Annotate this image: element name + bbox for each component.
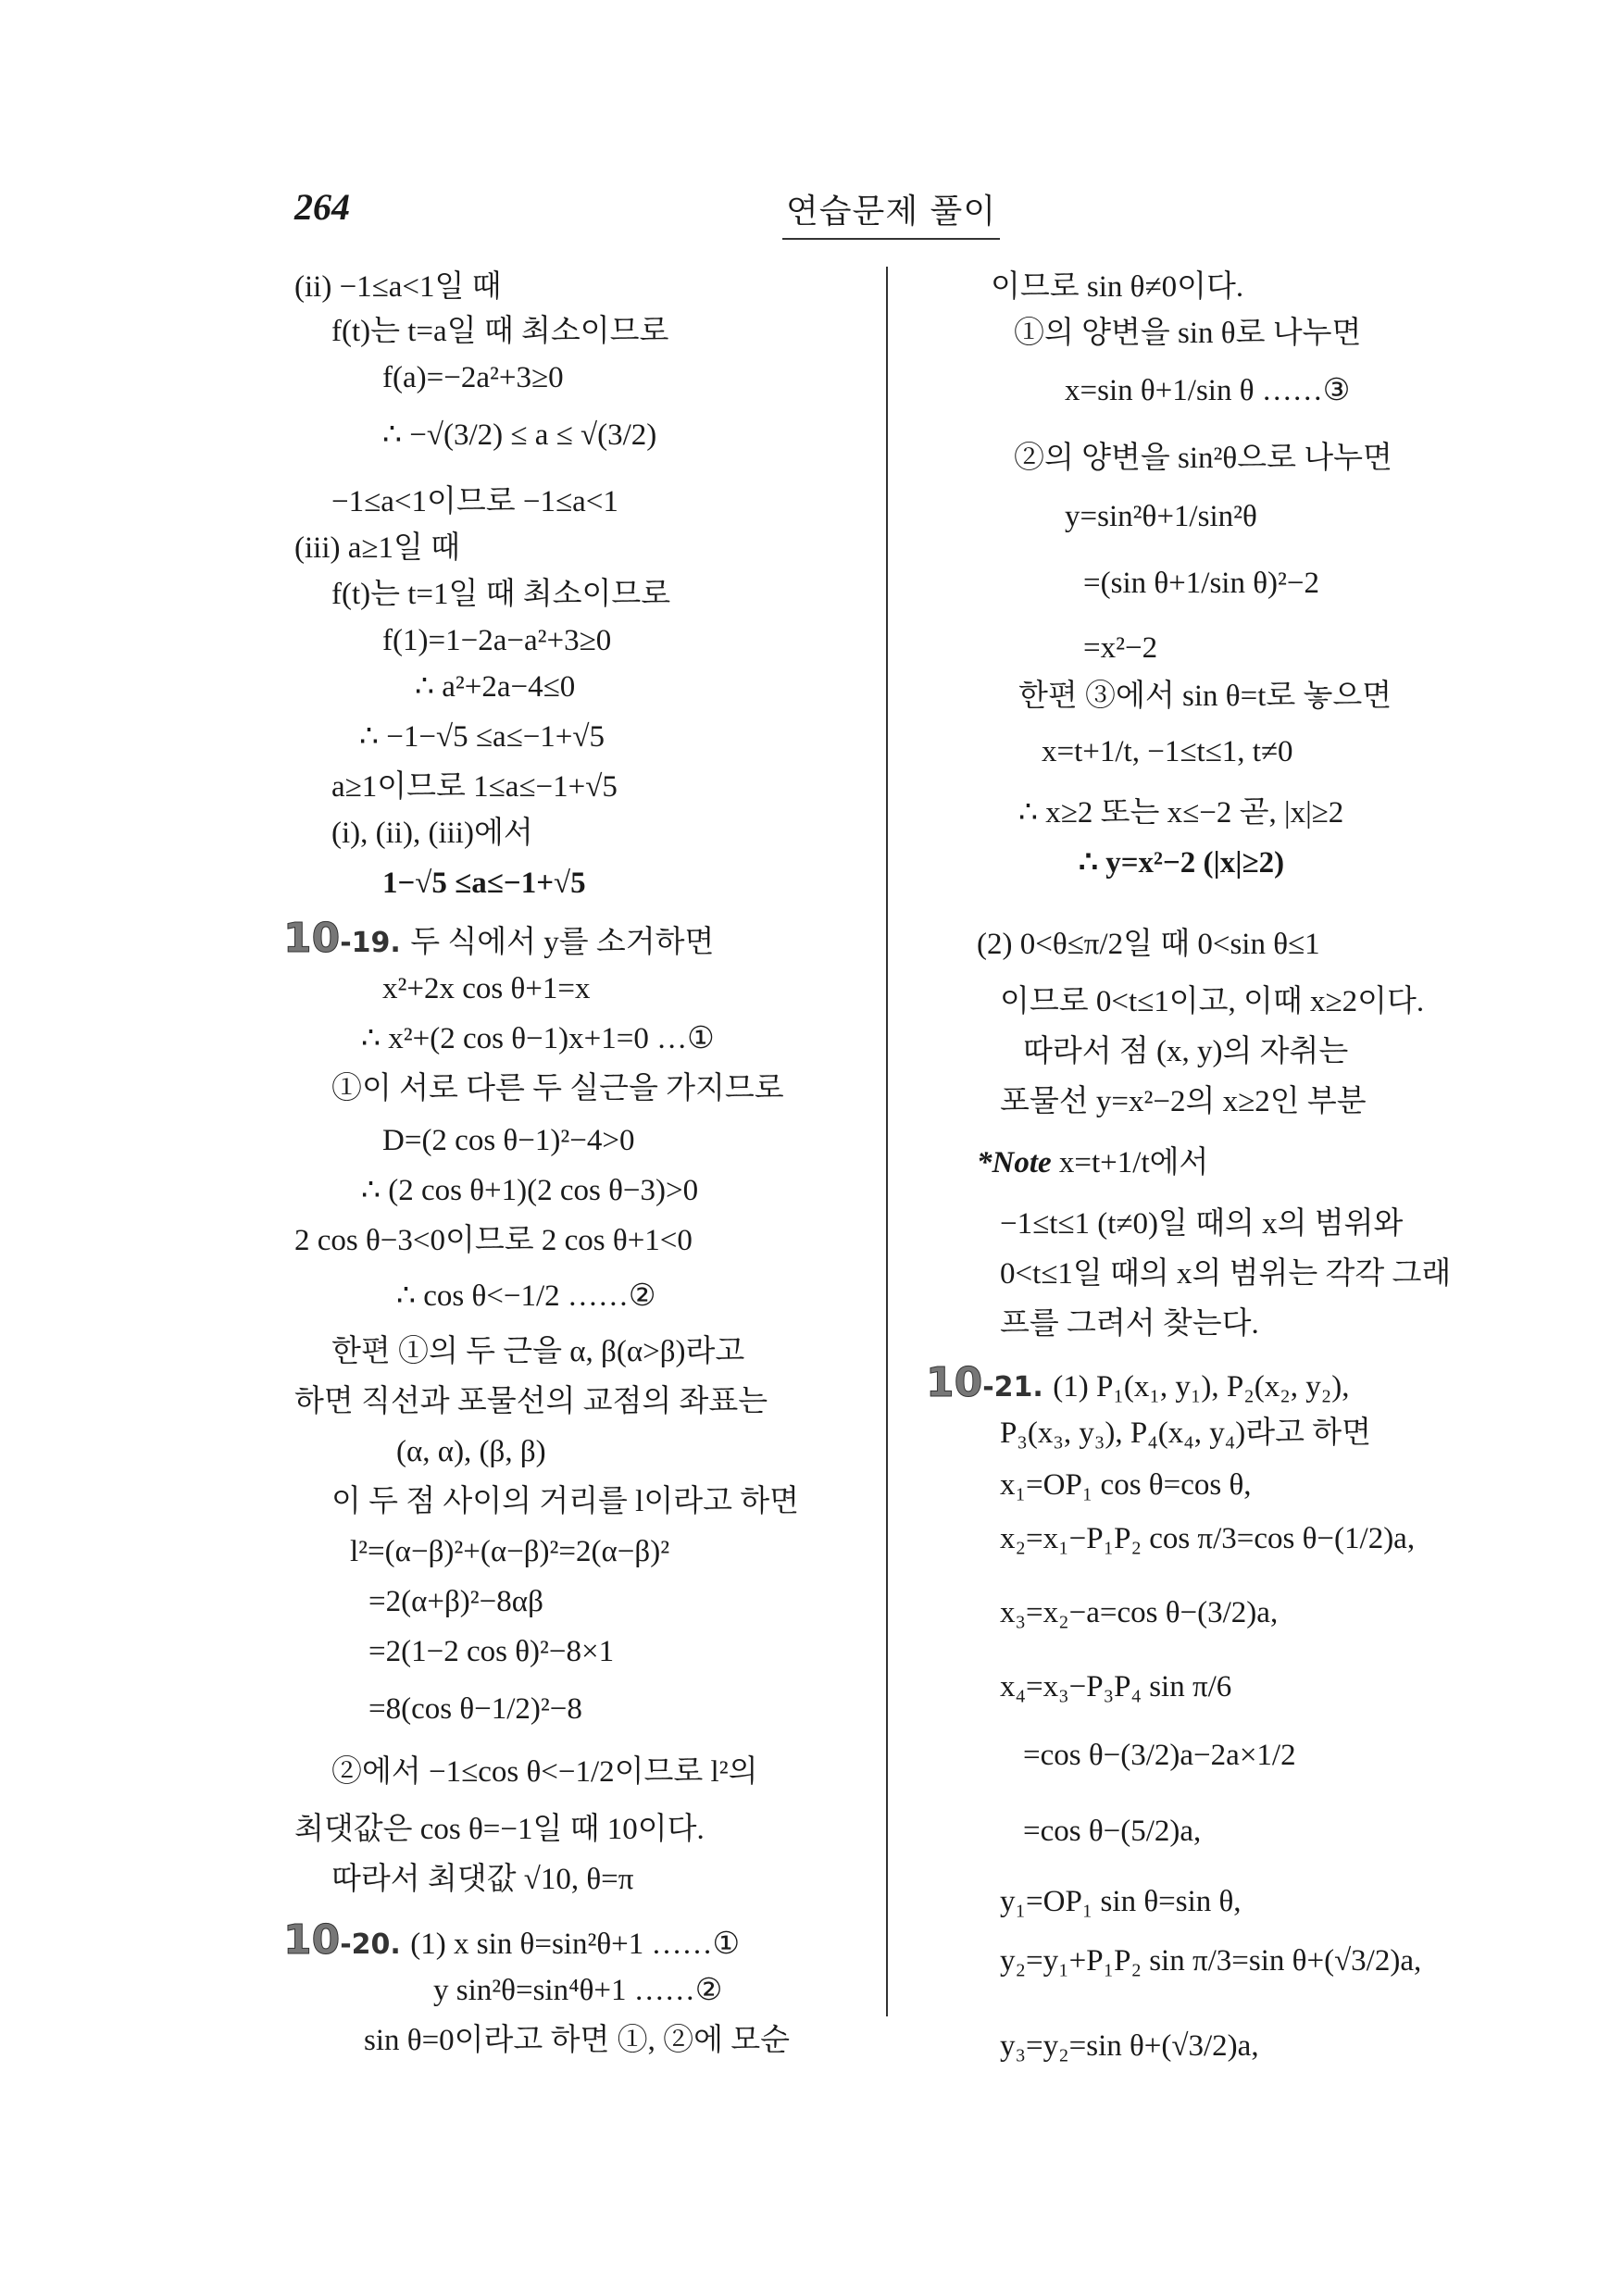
solution-line: (α, α), (β, β) (396, 1433, 546, 1470)
line-text: 따라서 점 (x, y)의 자취는 (1023, 1035, 1348, 1068)
line-text: (α, α), (β, β) (396, 1435, 546, 1468)
line-text: f(1)=1−2a−a²+3≥0 (382, 624, 611, 657)
line-text: ②의 양변을 sin²θ으로 나누면 (1014, 442, 1392, 475)
solution-line: 한편 ①의 두 근을 α, β(α>β)라고 (331, 1333, 744, 1370)
solution-line: 포물선 y=x²−2의 x≥2인 부분 (1000, 1083, 1367, 1120)
solution-line: D=(2 cos θ−1)²−4>0 (382, 1122, 634, 1159)
line-text: 프를 그려서 찾는다. (1000, 1307, 1259, 1341)
line-text: −1≤a<1이므로 −1≤a<1 (331, 485, 618, 518)
line-text: 하면 직선과 포물선의 교점의 좌표는 (294, 1385, 768, 1418)
line-text: a≥1이므로 1≤a≤−1+√5 (331, 770, 618, 804)
line-text: f(t)는 t=1일 때 최소이므로 (331, 578, 670, 611)
solution-line: ∴ x²+(2 cos θ−1)x+1=0 …① (361, 1020, 715, 1057)
line-text: (1) x sin θ=sin²θ+1 ……① (410, 1928, 740, 1961)
solution-line: ①의 양변을 sin θ로 나누면 (1014, 315, 1361, 352)
line-text: ∴ x²+(2 cos θ−1)x+1=0 …① (361, 1022, 715, 1055)
line-text: x₁=OP₁ cos θ=cos θ, (1000, 1468, 1252, 1502)
solution-line: 이 두 점 사이의 거리를 l이라고 하면 (331, 1483, 799, 1520)
solution-line: x₄=x₃−P₃P₄ sin π/6 (1000, 1668, 1231, 1705)
solution-line: a≥1이므로 1≤a≤−1+√5 (331, 768, 618, 805)
problem-heading-line: 10-19. 두 식에서 y를 소거하면 (283, 920, 714, 962)
line-text: 0<t≤1일 때의 x의 범위는 각각 그래 (1000, 1257, 1451, 1291)
line-text: y₃=y₂=sin θ+(√3/2)a, (1000, 2029, 1259, 2063)
solution-line: sin θ=0이라고 하면 ①, ②에 모순 (364, 2022, 790, 2059)
solution-line: 1−√5 ≤a≤−1+√5 (382, 865, 586, 902)
line-text: 이므로 0<t≤1이고, 이때 x≥2이다. (1000, 985, 1424, 1018)
solution-line: 하면 직선과 포물선의 교점의 좌표는 (294, 1383, 768, 1420)
line-text: 최댓값은 cos θ=−1일 때 10이다. (294, 1813, 705, 1846)
solution-line: ∴ a²+2a−4≤0 (415, 668, 575, 705)
running-title: 연습문제 풀이 (782, 185, 1000, 240)
solution-line: ∴ (2 cos θ+1)(2 cos θ−3)>0 (361, 1172, 698, 1209)
solution-line: (i), (ii), (iii)에서 (331, 815, 533, 852)
solution-line: y sin²θ=sin⁴θ+1 ……② (433, 1972, 722, 2009)
line-text: 따라서 최댓값 √10, θ=π (331, 1863, 633, 1896)
line-text: y=sin²θ+1/sin²θ (1065, 500, 1257, 533)
solution-line: y₁=OP₁ sin θ=sin θ, (1000, 1883, 1242, 1920)
line-text: f(t)는 t=a일 때 최소이므로 (331, 315, 668, 348)
solution-line: f(1)=1−2a−a²+3≥0 (382, 622, 611, 659)
line-text: x=sin θ+1/sin θ ……③ (1065, 374, 1350, 407)
line-text: (1) P₁(x₁, y₁), P₂(x₂, y₂), (1053, 1370, 1349, 1404)
line-text: 한편 ①의 두 근을 α, β(α>β)라고 (331, 1335, 744, 1368)
line-text: sin θ=0이라고 하면 ①, ②에 모순 (364, 2024, 790, 2057)
line-text: ∴ −√(3/2) ≤ a ≤ √(3/2) (382, 418, 656, 452)
solution-line: 이므로 0<t≤1이고, 이때 x≥2이다. (1000, 983, 1424, 1020)
problem-heading-line: 10-20. (1) x sin θ=sin²θ+1 ……① (283, 1922, 740, 1964)
solution-line: =cos θ−(3/2)a−2a×1/2 (1023, 1737, 1296, 1774)
line-text: −1≤t≤1 (t≠0)일 때의 x의 범위와 (1000, 1207, 1403, 1241)
line-text: P₃(x₃, y₃), P₄(x₄, y₄)라고 하면 (1000, 1416, 1371, 1450)
solution-line: ∴ cos θ<−1/2 ……② (396, 1278, 656, 1315)
line-text: 1−√5 ≤a≤−1+√5 (382, 867, 586, 900)
line-text: l²=(α−β)²+(α−β)²=2(α−β)² (350, 1535, 669, 1568)
problem-number: 10-20. (283, 1925, 410, 1961)
solution-line: 이므로 sin θ≠0이다. (991, 268, 1243, 306)
problem-heading-line: 10-21. (1) P₁(x₁, y₁), P₂(x₂, y₂), (926, 1365, 1349, 1406)
solution-line: ②의 양변을 sin²θ으로 나누면 (1014, 440, 1392, 477)
line-text: ∴ (2 cos θ+1)(2 cos θ−3)>0 (361, 1174, 698, 1207)
line-text: ②에서 −1≤cos θ<−1/2이므로 l²의 (331, 1755, 758, 1789)
line-text: (i), (ii), (iii)에서 (331, 817, 533, 850)
line-text: 두 식에서 y를 소거하면 (410, 926, 714, 959)
solution-line: (iii) a≥1일 때 (294, 530, 460, 567)
solution-line: f(t)는 t=a일 때 최소이므로 (331, 313, 668, 350)
solution-line: −1≤a<1이므로 −1≤a<1 (331, 483, 618, 520)
solution-line: (2) 0<θ≤π/2일 때 0<sin θ≤1 (977, 926, 1320, 963)
column-divider (886, 267, 888, 2016)
line-text: =x²−2 (1083, 631, 1157, 665)
line-text: ∴ y=x²−2 (|x|≥2) (1079, 846, 1284, 880)
line-text: y₂=y₁+P₁P₂ sin π/3=sin θ+(√3/2)a, (1000, 1944, 1421, 1978)
line-text: x=t+1/t에서 (1059, 1146, 1208, 1179)
line-text: ∴ a²+2a−4≤0 (415, 670, 575, 704)
line-text: ∴ −1−√5 ≤a≤−1+√5 (359, 720, 605, 754)
line-text: 2 cos θ−3<0이므로 2 cos θ+1<0 (294, 1224, 693, 1257)
problem-number: 10-21. (926, 1367, 1053, 1404)
solution-line: 한편 ③에서 sin θ=t로 놓으면 (1018, 678, 1392, 715)
note-line: *Note x=t+1/t에서 (977, 1144, 1208, 1181)
solution-line: x₃=x₂−a=cos θ−(3/2)a, (1000, 1594, 1278, 1631)
solution-line: 2 cos θ−3<0이므로 2 cos θ+1<0 (294, 1222, 693, 1259)
line-text: =cos θ−(5/2)a, (1023, 1815, 1201, 1848)
line-text: x₂=x₁−P₁P₂ cos π/3=cos θ−(1/2)a, (1000, 1522, 1415, 1555)
solution-line: f(a)=−2a²+3≥0 (382, 359, 564, 396)
solution-line: ∴ −√(3/2) ≤ a ≤ √(3/2) (382, 417, 656, 454)
solution-line: y=sin²θ+1/sin²θ (1065, 498, 1257, 535)
solution-line: =(sin θ+1/sin θ)²−2 (1083, 565, 1319, 602)
note-label: *Note (977, 1146, 1059, 1179)
solution-line: x²+2x cos θ+1=x (382, 970, 591, 1007)
solution-line: x=t+1/t, −1≤t≤1, t≠0 (1042, 733, 1293, 770)
line-text: 포물선 y=x²−2의 x≥2인 부분 (1000, 1085, 1367, 1118)
solution-line: ②에서 −1≤cos θ<−1/2이므로 l²의 (331, 1753, 758, 1791)
solution-line: =2(α+β)²−8αβ (368, 1583, 543, 1620)
solution-line: x₁=OP₁ cos θ=cos θ, (1000, 1466, 1252, 1504)
line-text: x²+2x cos θ+1=x (382, 972, 591, 1005)
solution-line: y₃=y₂=sin θ+(√3/2)a, (1000, 2028, 1259, 2065)
solution-line: ①이 서로 다른 두 실근을 가지므로 (331, 1070, 784, 1107)
line-text: (iii) a≥1일 때 (294, 531, 460, 565)
solution-line: ∴ −1−√5 ≤a≤−1+√5 (359, 718, 605, 755)
solution-line: 0<t≤1일 때의 x의 범위는 각각 그래 (1000, 1255, 1451, 1292)
line-text: 이므로 sin θ≠0이다. (991, 270, 1243, 304)
line-text: D=(2 cos θ−1)²−4>0 (382, 1124, 634, 1157)
solution-line: −1≤t≤1 (t≠0)일 때의 x의 범위와 (1000, 1205, 1403, 1242)
solution-line: 프를 그려서 찾는다. (1000, 1305, 1259, 1342)
line-text: =2(1−2 cos θ)²−8×1 (368, 1635, 614, 1668)
solution-line: =2(1−2 cos θ)²−8×1 (368, 1633, 614, 1670)
line-text: ①의 양변을 sin θ로 나누면 (1014, 317, 1361, 350)
problem-number: 10-19. (283, 923, 410, 959)
solution-line: =8(cos θ−1/2)²−8 (368, 1691, 582, 1728)
solution-line: 따라서 최댓값 √10, θ=π (331, 1861, 633, 1898)
line-text: x₃=x₂−a=cos θ−(3/2)a, (1000, 1596, 1278, 1629)
line-text: =(sin θ+1/sin θ)²−2 (1083, 567, 1319, 600)
solution-line: ∴ x≥2 또는 x≤−2 곧, |x|≥2 (1018, 794, 1343, 831)
line-text: y₁=OP₁ sin θ=sin θ, (1000, 1885, 1242, 1918)
solution-line: l²=(α−β)²+(α−β)²=2(α−β)² (350, 1533, 669, 1570)
line-text: x=t+1/t, −1≤t≤1, t≠0 (1042, 735, 1293, 768)
page-number: 264 (294, 185, 350, 229)
line-text: ∴ cos θ<−1/2 ……② (396, 1279, 656, 1313)
solution-line: P₃(x₃, y₃), P₄(x₄, y₄)라고 하면 (1000, 1415, 1371, 1452)
line-text: ∴ x≥2 또는 x≤−2 곧, |x|≥2 (1018, 796, 1343, 830)
line-text: x₄=x₃−P₃P₄ sin π/6 (1000, 1670, 1231, 1703)
solution-line: ∴ y=x²−2 (|x|≥2) (1079, 844, 1284, 881)
line-text: y sin²θ=sin⁴θ+1 ……② (433, 1974, 722, 2007)
solution-line: y₂=y₁+P₁P₂ sin π/3=sin θ+(√3/2)a, (1000, 1942, 1421, 1979)
solution-line: =x²−2 (1083, 630, 1157, 667)
line-text: =cos θ−(3/2)a−2a×1/2 (1023, 1739, 1296, 1772)
solution-line: (ii) −1≤a<1일 때 (294, 268, 502, 306)
solution-line: 최댓값은 cos θ=−1일 때 10이다. (294, 1811, 705, 1848)
line-text: f(a)=−2a²+3≥0 (382, 361, 564, 394)
solution-line: x=sin θ+1/sin θ ……③ (1065, 372, 1350, 409)
solution-line: 따라서 점 (x, y)의 자취는 (1023, 1033, 1348, 1070)
line-text: (ii) −1≤a<1일 때 (294, 270, 502, 304)
line-text: =2(α+β)²−8αβ (368, 1585, 543, 1618)
solution-line: x₂=x₁−P₁P₂ cos π/3=cos θ−(1/2)a, (1000, 1520, 1415, 1557)
line-text: (2) 0<θ≤π/2일 때 0<sin θ≤1 (977, 928, 1320, 961)
solution-line: f(t)는 t=1일 때 최소이므로 (331, 576, 670, 613)
line-text: ①이 서로 다른 두 실근을 가지므로 (331, 1072, 784, 1105)
line-text: 이 두 점 사이의 거리를 l이라고 하면 (331, 1485, 799, 1518)
line-text: 한편 ③에서 sin θ=t로 놓으면 (1018, 680, 1392, 713)
line-text: =8(cos θ−1/2)²−8 (368, 1692, 582, 1726)
solution-line: =cos θ−(5/2)a, (1023, 1813, 1201, 1850)
